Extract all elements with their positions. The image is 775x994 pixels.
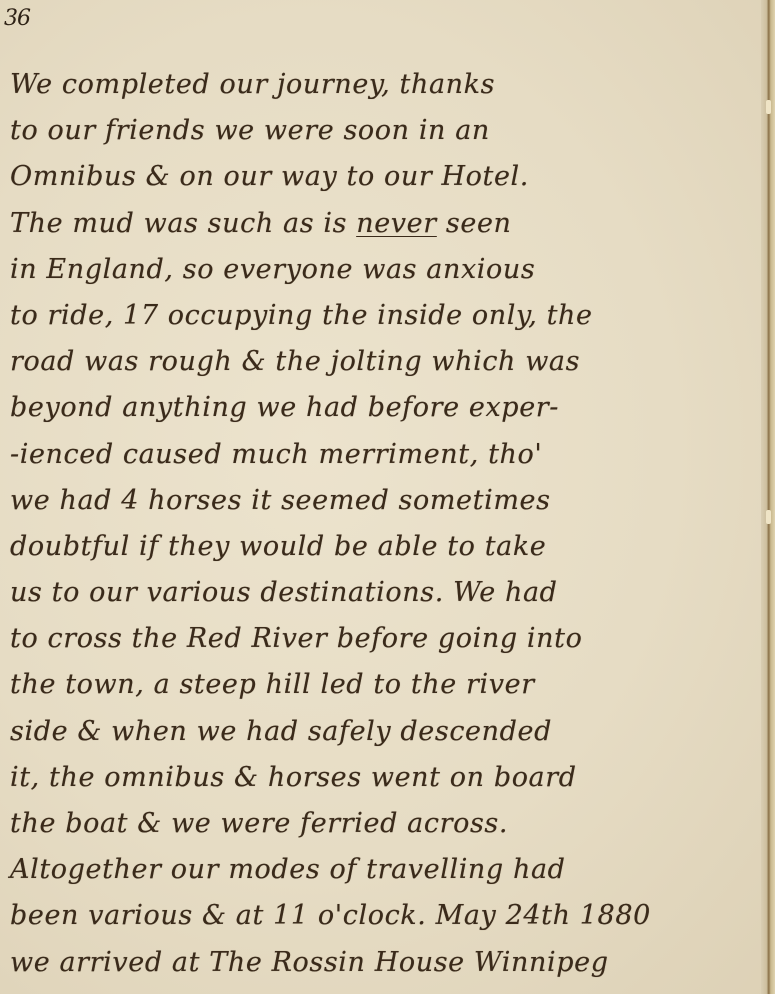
- binding-stitch: [766, 100, 771, 114]
- page-number: 36: [4, 6, 30, 31]
- binding-stitch: [766, 510, 771, 524]
- text-line: in England, so everyone was anxious: [0, 247, 760, 293]
- text-line: -ienced caused much merriment, tho': [0, 432, 760, 478]
- text-line: the town, a steep hill led to the river: [0, 662, 760, 708]
- text-line: doubtful if they would be able to take: [0, 524, 760, 570]
- text-line: to our friends we were soon in an: [0, 108, 760, 154]
- text-line: the boat & we were ferried across.: [0, 801, 760, 847]
- text-line: We completed our journey, thanks: [0, 62, 760, 108]
- text-line: beyond anything we had before exper-: [0, 385, 760, 431]
- text-line: side & when we had safely descended: [0, 709, 760, 755]
- text-line: to ride, 17 occupying the inside only, t…: [0, 293, 760, 339]
- text-line: Omnibus & on our way to our Hotel.: [0, 154, 760, 200]
- text-fragment: The mud was such as is: [10, 208, 356, 239]
- text-line: we arrived at The Rossin House Winnipeg: [0, 940, 760, 986]
- handwritten-text-block: We completed our journey, thanks to our …: [0, 62, 760, 986]
- text-line: to cross the Red River before going into: [0, 616, 760, 662]
- text-line: it, the omnibus & horses went on board: [0, 755, 760, 801]
- text-line: road was rough & the jolting which was: [0, 339, 760, 385]
- text-fragment: seen: [437, 208, 512, 239]
- text-line: Altogether our modes of travelling had: [0, 847, 760, 893]
- journal-page: 36 We completed our journey, thanks to o…: [0, 0, 775, 994]
- underlined-word: never: [356, 208, 437, 239]
- text-line: we had 4 horses it seemed sometimes: [0, 478, 760, 524]
- text-line-underlined: The mud was such as is never seen: [0, 201, 760, 247]
- text-line: us to our various destinations. We had: [0, 570, 760, 616]
- book-binding-gutter: [761, 0, 775, 994]
- text-line: been various & at 11 o'clock. May 24th 1…: [0, 893, 760, 939]
